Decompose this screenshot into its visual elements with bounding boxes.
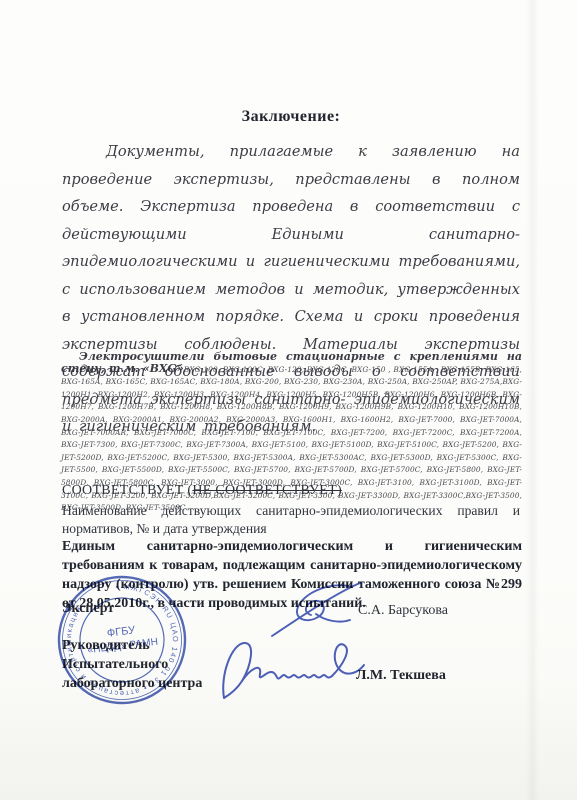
- verdict-fail-strikethrough: НЕ СООТВЕТСТВУЕТ): [192, 483, 342, 498]
- scanned-expert-conclusion-document: Заключение: Документы, прилагаемые к зая…: [0, 0, 577, 800]
- expert-signature-icon: [262, 580, 366, 638]
- stamp-center-line-1: ФГБУ: [106, 624, 137, 639]
- expert-name: С.А. Барсукова: [358, 603, 448, 619]
- verdict-pass-text: СООТВЕТСТВУЕТ: [62, 483, 187, 498]
- regulations-label: Наименование действующих санитарно-эпиде…: [62, 502, 520, 537]
- head-signature-icon: [218, 636, 382, 702]
- round-stamp-icon: • МЖГСЭН RU ЦАО 140 01 37 • аттестации и…: [46, 564, 198, 716]
- stamp-center-line-2: «НЦЗД» РАМН: [87, 637, 159, 657]
- document-title: Заключение:: [62, 108, 520, 126]
- verdict-line: СООТВЕТСТВУЕТ (НЕ СООТВЕТСТВУЕТ): [62, 483, 520, 499]
